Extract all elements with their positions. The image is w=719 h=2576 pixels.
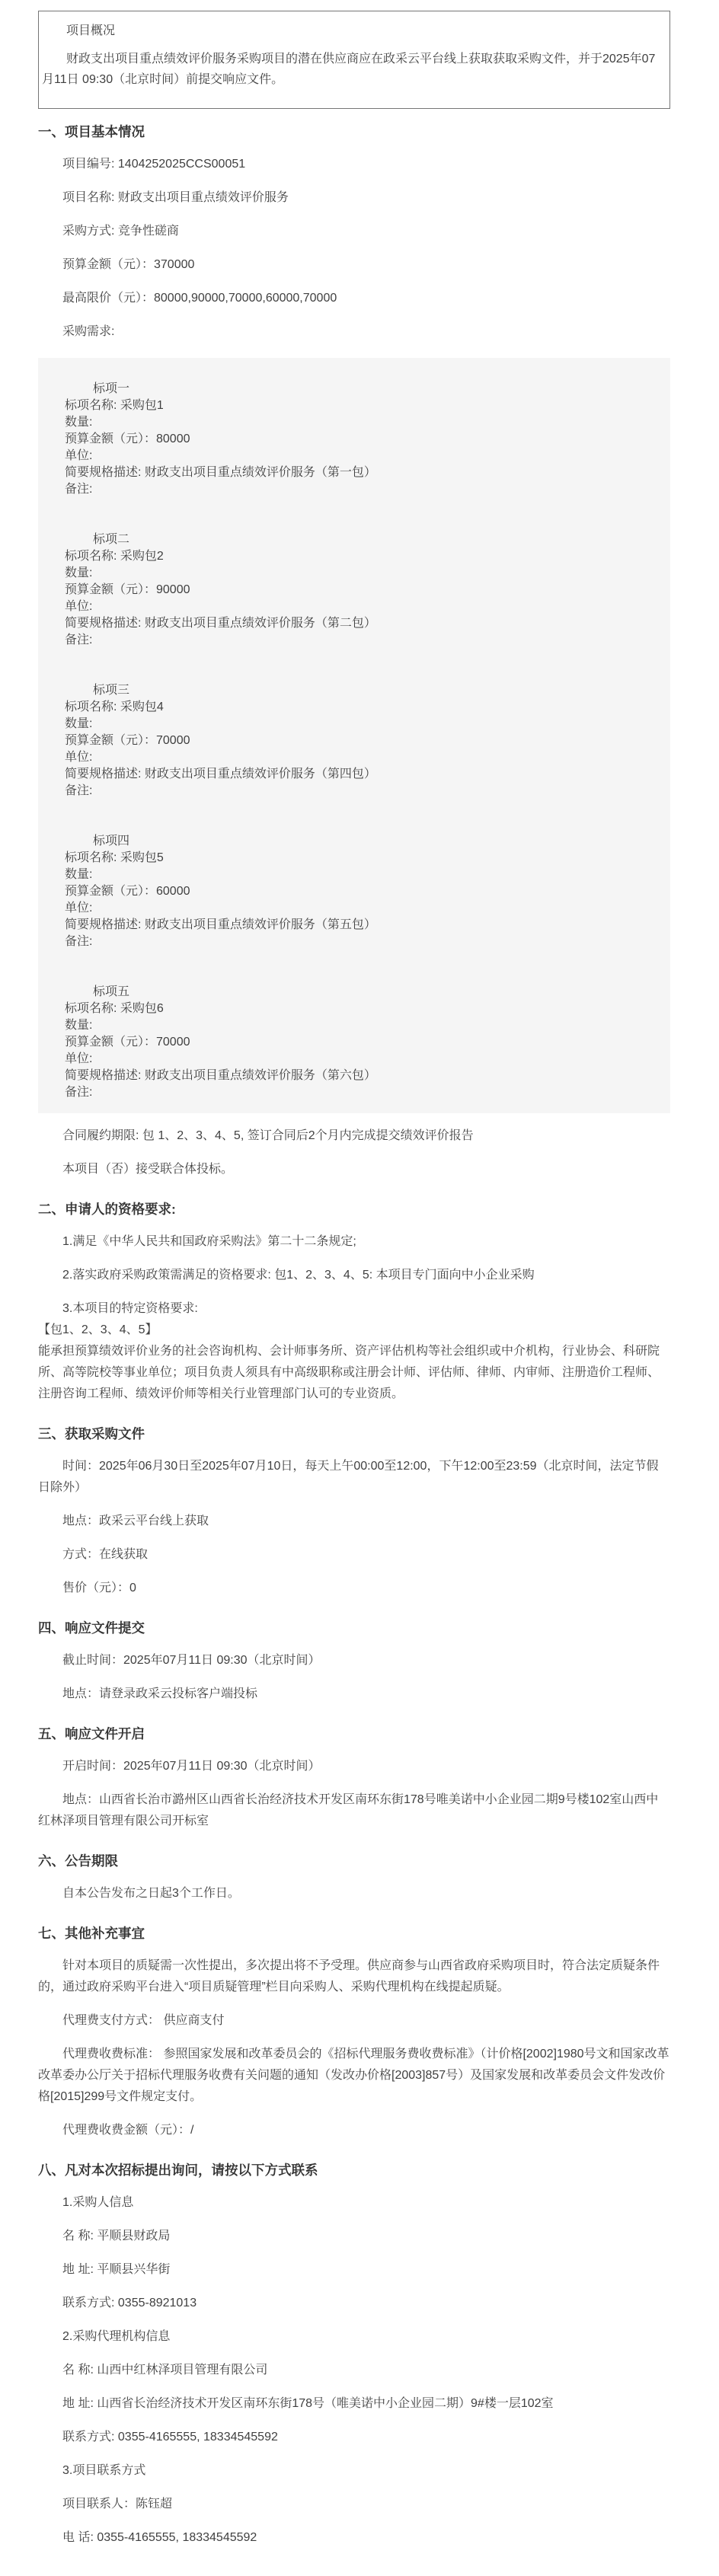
lot-note: 备注: bbox=[38, 481, 661, 498]
document-price: 售价（元）：0 bbox=[38, 1572, 670, 1605]
lot-header: 标项二 bbox=[38, 531, 661, 548]
lot-quantity: 数量: bbox=[38, 565, 661, 582]
lot-budget: 预算金额（元）：80000 bbox=[38, 431, 661, 448]
agency-fee-amount: 代理费收费金额（元）：/ bbox=[38, 2114, 670, 2147]
qualification-item-1: 1.满足《中华人民共和国政府采购法》第二十二条规定; bbox=[38, 1225, 670, 1259]
lot-note: 备注: bbox=[38, 1084, 661, 1101]
lot-name: 标项名称: 采购包1 bbox=[38, 397, 661, 414]
lot-unit: 单位: bbox=[38, 448, 661, 464]
max-price: 最高限价（元）：80000,90000,70000,60000,70000 bbox=[38, 282, 670, 315]
section-2-title: 二、申请人的资格要求: bbox=[38, 1186, 670, 1225]
project-contact-phone: 电 话: 0355-4165555, 18334545592 bbox=[38, 2521, 670, 2555]
project-contact-person: 项目联系人：陈钰超 bbox=[38, 2488, 670, 2521]
agent-name: 名 称: 山西中红林泽项目管理有限公司 bbox=[38, 2354, 670, 2387]
announcement-period: 自本公告发布之日起3个工作日。 bbox=[38, 1877, 670, 1910]
lot-header: 标项一 bbox=[38, 381, 661, 397]
lot-description: 简要规格描述: 财政支出项目重点绩效评价服务（第二包） bbox=[38, 615, 661, 632]
procurement-demand-label: 采购需求: bbox=[38, 315, 670, 349]
lot-5: 标项五 标项名称: 采购包6 数量: 预算金额（元）：70000 单位: 简要规… bbox=[38, 984, 661, 1101]
lot-header: 标项五 bbox=[38, 984, 661, 1001]
lot-4: 标项四 标项名称: 采购包5 数量: 预算金额（元）：60000 单位: 简要规… bbox=[38, 833, 661, 950]
section-3-title: 三、获取采购文件 bbox=[38, 1411, 670, 1450]
lot-budget: 预算金额（元）：90000 bbox=[38, 582, 661, 599]
buyer-info-heading: 1.采购人信息 bbox=[38, 2186, 670, 2220]
lot-2: 标项二 标项名称: 采购包2 数量: 预算金额（元）：90000 单位: 简要规… bbox=[38, 531, 661, 649]
section-5-title: 五、响应文件开启 bbox=[38, 1711, 670, 1750]
lot-budget: 预算金额（元）：70000 bbox=[38, 1034, 661, 1051]
lot-budget: 预算金额（元）：70000 bbox=[38, 733, 661, 749]
lot-header: 标项三 bbox=[38, 682, 661, 699]
joint-bid-statement: 本项目（否）接受联合体投标。 bbox=[38, 1153, 670, 1186]
section-8-title: 八、凡对本次招标提出询问，请按以下方式联系 bbox=[38, 2147, 670, 2186]
section-6-title: 六、公告期限 bbox=[38, 1838, 670, 1877]
project-name: 项目名称: 财政支出项目重点绩效评价服务 bbox=[38, 181, 670, 215]
lot-note: 备注: bbox=[38, 934, 661, 950]
section-1-title: 一、项目基本情况 bbox=[38, 109, 670, 148]
lot-quantity: 数量: bbox=[38, 1017, 661, 1034]
agency-fee-standard: 代理费收费标准： 参照国家发展和改革委员会的《招标代理服务费收费标准》（计价格[… bbox=[38, 2038, 670, 2114]
buyer-address: 地 址: 平顺县兴华街 bbox=[38, 2253, 670, 2287]
overview-title: 项目概况 bbox=[42, 13, 662, 41]
lot-quantity: 数量: bbox=[38, 414, 661, 431]
qualification-packages: 【包1、2、3、4、5】 bbox=[38, 1320, 670, 1341]
lot-description: 简要规格描述: 财政支出项目重点绩效评价服务（第一包） bbox=[38, 464, 661, 481]
agent-info-heading: 2.采购代理机构信息 bbox=[38, 2320, 670, 2354]
query-rule: 针对本项目的质疑需一次性提出，多次提出将不予受理。供应商参与山西省政府采购项目时… bbox=[38, 1949, 670, 2004]
lots-box: 标项一 标项名称: 采购包1 数量: 预算金额（元）：80000 单位: 简要规… bbox=[38, 358, 670, 1113]
project-contact-heading: 3.项目联系方式 bbox=[38, 2454, 670, 2488]
procurement-method: 采购方式: 竞争性磋商 bbox=[38, 215, 670, 248]
overview-intro: 财政支出项目重点绩效评价服务采购项目的潜在供应商应在政采云平台线上获取获取采购文… bbox=[42, 41, 662, 90]
lot-description: 简要规格描述: 财政支出项目重点绩效评价服务（第五包） bbox=[38, 917, 661, 934]
qualification-item-3: 3.本项目的特定资格要求: bbox=[38, 1292, 670, 1320]
qualification-item-2: 2.落实政府采购政策需满足的资格要求: 包1、2、3、4、5: 本项目专门面向中… bbox=[38, 1259, 670, 1292]
opening-time: 开启时间：2025年07月11日 09:30（北京时间） bbox=[38, 1750, 670, 1783]
section-4-title: 四、响应文件提交 bbox=[38, 1605, 670, 1644]
lot-budget: 预算金额（元）：60000 bbox=[38, 883, 661, 900]
submission-deadline: 截止时间：2025年07月11日 09:30（北京时间） bbox=[38, 1644, 670, 1677]
lot-description: 简要规格描述: 财政支出项目重点绩效评价服务（第四包） bbox=[38, 766, 661, 783]
buyer-contact: 联系方式: 0355-8921013 bbox=[38, 2287, 670, 2320]
lot-unit: 单位: bbox=[38, 1051, 661, 1068]
lot-description: 简要规格描述: 财政支出项目重点绩效评价服务（第六包） bbox=[38, 1068, 661, 1084]
lot-3: 标项三 标项名称: 采购包4 数量: 预算金额（元）：70000 单位: 简要规… bbox=[38, 682, 661, 800]
lot-name: 标项名称: 采购包4 bbox=[38, 699, 661, 716]
submission-place: 地点：请登录政采云投标客户端投标 bbox=[38, 1677, 670, 1711]
lot-unit: 单位: bbox=[38, 749, 661, 766]
obtain-place: 地点：政采云平台线上获取 bbox=[38, 1505, 670, 1538]
lot-1: 标项一 标项名称: 采购包1 数量: 预算金额（元）：80000 单位: 简要规… bbox=[38, 381, 661, 498]
lot-quantity: 数量: bbox=[38, 867, 661, 883]
budget-amount: 预算金额（元）：370000 bbox=[38, 248, 670, 282]
lot-quantity: 数量: bbox=[38, 716, 661, 733]
agency-fee-payment: 代理费支付方式： 供应商支付 bbox=[38, 2004, 670, 2038]
lot-name: 标项名称: 采购包6 bbox=[38, 1001, 661, 1017]
buyer-name: 名 称: 平顺县财政局 bbox=[38, 2220, 670, 2253]
agent-contact: 联系方式: 0355-4165555, 18334545592 bbox=[38, 2421, 670, 2454]
contract-period: 合同履约期限: 包 1、2、3、4、5, 签订合同后2个月内完成提交绩效评价报告 bbox=[38, 1119, 670, 1153]
obtain-method: 方式：在线获取 bbox=[38, 1538, 670, 1572]
section-7-title: 七、其他补充事宜 bbox=[38, 1910, 670, 1949]
lot-name: 标项名称: 采购包5 bbox=[38, 850, 661, 867]
opening-place: 地点：山西省长治市潞州区山西省长治经济技术开发区南环东街178号唯美诺中小企业园… bbox=[38, 1783, 670, 1838]
project-overview-box: 项目概况 财政支出项目重点绩效评价服务采购项目的潜在供应商应在政采云平台线上获取… bbox=[38, 11, 670, 109]
lot-unit: 单位: bbox=[38, 599, 661, 615]
project-number: 项目编号: 1404252025CCS00051 bbox=[38, 148, 670, 181]
lot-header: 标项四 bbox=[38, 833, 661, 850]
announcement-page: 项目概况 财政支出项目重点绩效评价服务采购项目的潜在供应商应在政采云平台线上获取… bbox=[0, 0, 719, 2576]
lot-note: 备注: bbox=[38, 632, 661, 649]
obtain-time: 时间：2025年06月30日至2025年07月10日，每天上午00:00至12:… bbox=[38, 1450, 670, 1505]
lot-unit: 单位: bbox=[38, 900, 661, 917]
lot-name: 标项名称: 采购包2 bbox=[38, 548, 661, 565]
agent-address: 地 址: 山西省长治经济技术开发区南环东街178号（唯美诺中小企业园二期）9#楼… bbox=[38, 2387, 670, 2421]
lot-note: 备注: bbox=[38, 783, 661, 800]
qualification-detail: 能承担预算绩效评价业务的社会咨询机构、会计师事务所、资产评估机构等社会组织或中介… bbox=[38, 1341, 670, 1411]
